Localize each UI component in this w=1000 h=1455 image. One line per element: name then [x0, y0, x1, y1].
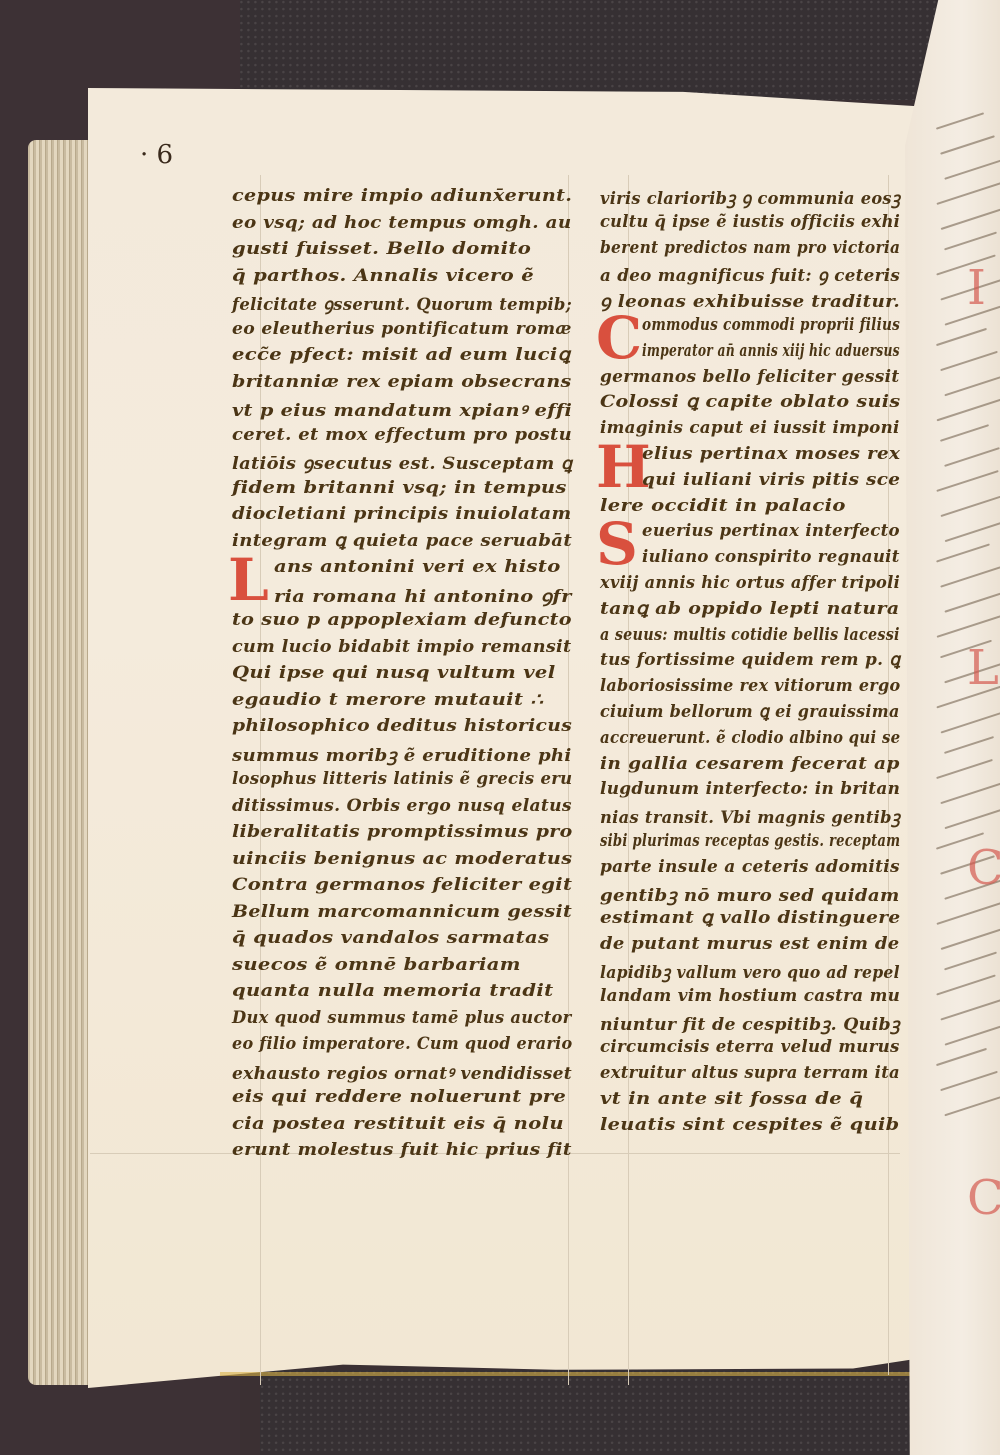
- manuscript-text-line: exhausto regios ornatꝰ vendidisset: [232, 1061, 572, 1084]
- manuscript-text-line: diocletiani principis inuiolatam: [232, 504, 572, 524]
- manuscript-text-line: ditissimus. Orbis ergo nusq elatus: [232, 796, 572, 816]
- manuscript-text-line: estimant ꝗ vallo distinguere: [600, 908, 900, 928]
- manuscript-text-line: xviij annis hic ortus affer tripoli: [600, 573, 900, 593]
- facing-page-text-stroke: [937, 397, 1000, 422]
- manuscript-text-line: ecc̃e pfect: misit ad eum luciꝗ: [232, 345, 570, 365]
- manuscript-text-line: ꝯ leonas exhibuisse traditur.: [600, 289, 900, 312]
- manuscript-text-line: cum lucio bidabit impio remansit: [232, 637, 572, 657]
- facing-page-text-stroke: [940, 782, 1000, 804]
- manuscript-text-line: nias transit. Vbi magnis gentibꝫ: [600, 805, 900, 828]
- manuscript-text-line: Dux quod summus tamē plus auctor: [232, 1008, 572, 1028]
- facing-page-text-stroke: [941, 204, 1000, 230]
- manuscript-text-line: circumcisis eterra velud murus: [600, 1037, 900, 1057]
- facing-page-text-stroke: [940, 351, 998, 371]
- manuscript-text-line: quanta nulla memoria tradit: [232, 981, 554, 1001]
- manuscript-text-line: tanꝗ ab oppido lepti natura: [600, 599, 899, 619]
- manuscript-text-line: ciuium bellorum ꝗ ei grauissima: [600, 702, 900, 722]
- facing-page-text-stroke: [936, 759, 993, 779]
- facing-page-text-stroke: [940, 566, 1000, 587]
- facing-page-text-stroke: [936, 901, 1000, 925]
- manuscript-text-line: felicitate ꝯsserunt. Quorum tempib;: [232, 292, 572, 315]
- manuscript-text-line: uinciis benignus ac moderatus: [232, 849, 572, 869]
- manuscript-text-line: lapidibꝫ vallum vero quo ad repel: [600, 960, 900, 983]
- manuscript-text-line: erunt molestus fuit hic prius fit: [232, 1140, 572, 1160]
- manuscript-text-line: accreuerunt. ẽ clodio albino qui se: [600, 728, 900, 748]
- facing-page-text-stroke: [940, 493, 1000, 517]
- left-text-column: cepus mire impio adiunx̄erunt.eo vsq; ad…: [232, 186, 577, 1156]
- folio-signature-mark: · 6: [140, 140, 173, 170]
- manuscript-text-line: landam vim hostium castra mu: [600, 986, 900, 1006]
- facing-page-text-stroke: [944, 447, 1000, 467]
- facing-page-text-stroke: [944, 805, 1000, 829]
- facing-page-text-stroke: [940, 424, 989, 442]
- manuscript-text-line: berent predictos nam pro victoria: [600, 238, 900, 258]
- manuscript-text-line: philosophico deditus historicus: [232, 716, 572, 736]
- manuscript-text-line: de putant murus est enim de: [600, 934, 900, 954]
- facing-page-text-stroke: [936, 328, 987, 346]
- manuscript-text-line: liberalitatis promptissimus pro: [232, 822, 573, 842]
- right-text-column: viris clarioribꝫ ꝯ communia eosꝫcultu q̄…: [600, 186, 910, 1136]
- manuscript-text-line: sibi plurimas receptas gestis. receptam: [600, 831, 900, 851]
- manuscript-text-line: suecos ẽ omnē barbariam: [232, 955, 521, 975]
- manuscript-text-line: qui iuliani viris pitis sce: [642, 470, 900, 490]
- manuscript-text-line: Bellum marcomannicum gessit: [232, 902, 572, 922]
- manuscript-text-line: fidem britanni vsq; in tempus: [232, 478, 567, 498]
- manuscript-text-line: euerius pertinax interfecto: [642, 521, 900, 541]
- facing-page-text-stroke: [944, 952, 997, 971]
- rubricated-initial-c: C: [596, 309, 642, 367]
- manuscript-text-line: elius pertinax moses rex: [642, 444, 900, 464]
- facing-page-text-stroke: [944, 232, 997, 251]
- page-stack-edges: [28, 140, 92, 1385]
- manuscript-text-line: Colossi ꝗ capite oblato suis: [600, 392, 900, 412]
- manuscript-text-line: to suo p appoplexiam defuncto: [232, 610, 572, 630]
- manuscript-text-line: in gallia cesarem fecerat ap: [600, 754, 900, 774]
- facing-page-text-stroke: [936, 112, 984, 129]
- manuscript-text-line: eis qui reddere noluerunt pre: [232, 1087, 566, 1107]
- manuscript-text-line: niuntur fit de cespitibꝫ. Quibꝫ: [600, 1012, 900, 1035]
- manuscript-text-line: lugdunum interfecto: in britan: [600, 779, 900, 799]
- facing-page-text-stroke: [941, 708, 1000, 733]
- manuscript-text-line: cia postea restituit eis q̄ nolu: [232, 1114, 564, 1134]
- facing-page-initial: C: [967, 840, 1000, 896]
- facing-page-text-stroke: [936, 254, 996, 275]
- facing-page-text-stroke: [936, 974, 996, 995]
- facing-page-text-stroke: [936, 1048, 987, 1066]
- facing-page-text-stroke: [937, 612, 1000, 638]
- manuscript-text-line: vt in ante sit fossa de q̄: [600, 1089, 863, 1109]
- facing-page-curl: ILCC: [905, 0, 1000, 1455]
- manuscript-text-line: losophus litteris latinis ẽ grecis eru: [232, 769, 572, 789]
- foam-support-top: [240, 0, 1000, 100]
- facing-page-initial: L: [967, 640, 999, 696]
- manuscript-text-line: laboriosissime rex vitiorum ergo: [600, 676, 900, 696]
- facing-page-text-stroke: [940, 135, 995, 155]
- facing-page-text-stroke: [944, 158, 1000, 180]
- manuscript-text-line: britanniæ rex epiam obsecrans: [232, 372, 572, 392]
- manuscript-text-line: summus moribꝫ ẽ eruditione phi: [232, 743, 572, 766]
- manuscript-text-line: ria romana hi antonino ꝯfr: [274, 584, 572, 607]
- manuscript-text-line: gentibꝫ nō muro sed quidam: [600, 883, 900, 906]
- facing-page-text-stroke: [940, 1071, 998, 1091]
- manuscript-text-line: tus fortissime quidem rem p. ꝗ: [600, 650, 900, 670]
- page-edge-stain: [220, 1372, 940, 1376]
- facing-page-initial: I: [967, 260, 986, 316]
- manuscript-text-line: cepus mire impio adiunx̄erunt.: [232, 186, 572, 206]
- facing-page-text-stroke: [944, 736, 994, 754]
- manuscript-text-line: eo filio imperatore. Cum quod erario: [232, 1034, 572, 1054]
- facing-page-text-stroke: [936, 181, 1000, 205]
- manuscript-text-line: eo eleutherius pontificatum romæ: [232, 319, 572, 339]
- manuscript-text-line: viris clarioribꝫ ꝯ communia eosꝫ: [600, 186, 900, 209]
- manuscript-text-line: q̄ parthos. Annalis vicero ẽ: [232, 266, 534, 286]
- manuscript-text-line: extruitur altus supra terram ita: [600, 1063, 900, 1083]
- facing-page-text-stroke: [944, 374, 1000, 397]
- manuscript-text-line: parte insule a ceteris adomitis: [600, 857, 900, 877]
- manuscript-text-line: integram ꝗ quieta pace seruabāt: [232, 531, 572, 551]
- manuscript-text-line: Qui ipse qui nusq vultum vel: [232, 663, 555, 683]
- manuscript-text-line: eo vsq; ad hoc tempus omgh. au: [232, 213, 572, 233]
- facing-page-text-stroke: [936, 470, 998, 492]
- manuscript-text-line: Contra germanos feliciter egit: [232, 875, 572, 895]
- facing-page-text-stroke: [940, 997, 1000, 1020]
- manuscript-text-line: ommodus commodi proprii filius: [642, 315, 900, 335]
- manuscript-text-line: q̄ quados vandalos sarmatas: [232, 928, 549, 948]
- facing-page-text-stroke: [944, 589, 1000, 613]
- manuscript-text-line: vt p eius mandatum xpianꝰ effi: [232, 398, 572, 421]
- manuscript-text-line: leuatis sint cespites ẽ quib: [600, 1115, 900, 1135]
- manuscript-text-line: ceret. et mox effectum pro postu: [232, 425, 572, 445]
- rubricated-initial-s: S: [596, 515, 638, 573]
- manuscript-text-line: cultu q̄ ipse ẽ iustis officiis exhi: [600, 212, 900, 232]
- manuscript-text-line: ans antonini veri ex histo: [274, 557, 561, 577]
- manuscript-text-line: a deo magnificus fuit: ꝯ ceteris: [600, 263, 900, 286]
- manuscript-text-line: a seuus: multis cotidie bellis lacessi: [600, 625, 900, 645]
- facing-page-text-stroke: [941, 924, 1000, 950]
- rubricated-initial-l: L: [228, 551, 269, 609]
- manuscript-text-line: imperator an̄ annis xiij hic aduersus: [642, 341, 900, 361]
- manuscript-text-line: gusti fuisset. Bello domito: [232, 239, 531, 259]
- facing-page-text-stroke: [936, 543, 990, 562]
- manuscript-text-line: latiōis ꝯsecutus est. Susceptam ꝗ: [232, 451, 572, 474]
- facing-page-initial: C: [967, 1170, 1000, 1226]
- foam-support-bottom: [260, 1370, 960, 1455]
- facing-page-text-stroke: [944, 1094, 1000, 1117]
- facing-page-text-stroke: [945, 516, 1000, 542]
- manuscript-text-line: iuliano conspirito regnauit: [642, 547, 900, 567]
- facing-page-text-stroke: [945, 1020, 1000, 1045]
- manuscript-text-line: egaudio t merore mutauit ∴: [232, 690, 543, 710]
- manuscript-text-line: germanos bello feliciter gessit: [600, 367, 900, 387]
